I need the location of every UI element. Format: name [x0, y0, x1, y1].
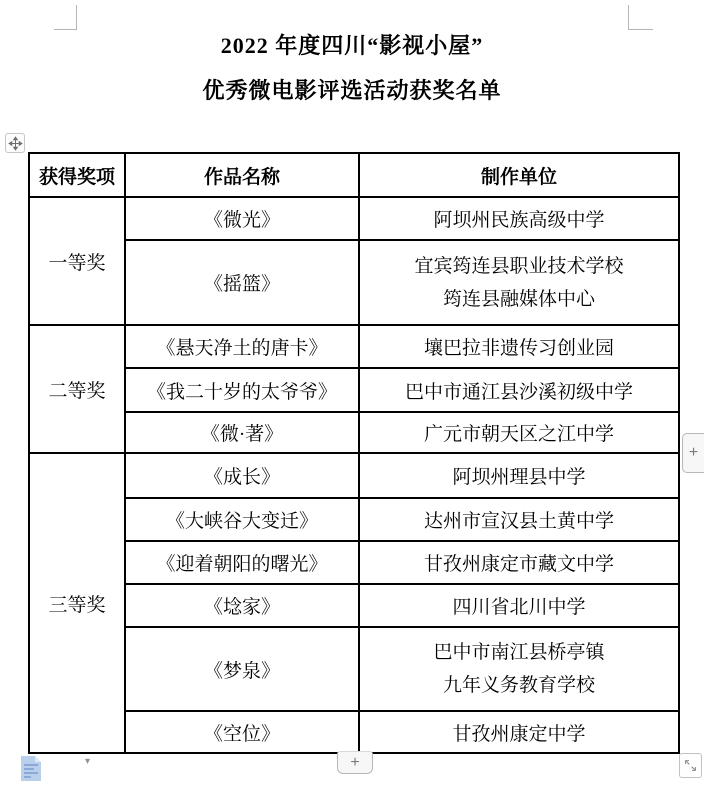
table-row: 一等奖 《微光》 阿坝州民族高级中学: [29, 197, 679, 240]
work-cell[interactable]: 《悬天净土的唐卡》: [125, 325, 359, 368]
producer-cell[interactable]: 广元市朝天区之江中学: [359, 412, 679, 453]
dropdown-arrow[interactable]: ▾: [85, 757, 90, 767]
producer-line: 九年义务教育学校: [360, 669, 678, 702]
table-row: 《空位》 甘孜州康定中学: [29, 711, 679, 753]
table-row: 《摇篮》 宜宾筠连县职业技术学校 筠连县融媒体中心: [29, 240, 679, 325]
table-row: 三等奖 《成长》 阿坝州理县中学: [29, 453, 679, 498]
producer-cell[interactable]: 巴中市通江县沙溪初级中学: [359, 368, 679, 412]
table-header-row: 获得奖项 作品名称 制作单位: [29, 153, 679, 197]
table-row: 《我二十岁的太爷爷》 巴中市通江县沙溪初级中学: [29, 368, 679, 412]
work-cell[interactable]: 《迎着朝阳的曙光》: [125, 541, 359, 584]
work-cell[interactable]: 《成长》: [125, 453, 359, 498]
work-cell[interactable]: 《埝家》: [125, 584, 359, 627]
document-tool-button[interactable]: [19, 755, 43, 782]
awards-table: 获得奖项 作品名称 制作单位 一等奖 《微光》 阿坝州民族高级中学 《摇篮》 宜…: [28, 152, 680, 754]
table-row: 《迎着朝阳的曙光》 甘孜州康定市藏文中学: [29, 541, 679, 584]
producer-cell[interactable]: 甘孜州康定市藏文中学: [359, 541, 679, 584]
producer-cell[interactable]: 阿坝州理县中学: [359, 453, 679, 498]
move-icon: [8, 136, 23, 151]
table-resize-handle[interactable]: [679, 753, 702, 778]
producer-cell[interactable]: 四川省北川中学: [359, 584, 679, 627]
table-move-handle[interactable]: [5, 133, 25, 153]
work-cell[interactable]: 《我二十岁的太爷爷》: [125, 368, 359, 412]
document-title: 2022 年度四川“影视小屋” 优秀微电影评选活动获奖名单: [0, 23, 704, 113]
document-title-line1: 2022 年度四川“影视小屋”: [0, 23, 704, 68]
award-cell[interactable]: 二等奖: [29, 325, 125, 453]
work-cell[interactable]: 《摇篮》: [125, 240, 359, 325]
document-title-line2: 优秀微电影评选活动获奖名单: [0, 68, 704, 113]
work-cell[interactable]: 《大峡谷大变迁》: [125, 498, 359, 541]
plus-button-right[interactable]: +: [682, 433, 704, 473]
work-cell[interactable]: 《微光》: [125, 197, 359, 240]
producer-cell[interactable]: 甘孜州康定中学: [359, 711, 679, 753]
document-page: 2022 年度四川“影视小屋” 优秀微电影评选活动获奖名单 获得奖项 作品名称: [0, 0, 704, 790]
table-row: 《梦泉》 巴中市南江县桥亭镇 九年义务教育学校: [29, 627, 679, 711]
resize-diagonal-icon: [683, 758, 698, 773]
table-row: 《大峡谷大变迁》 达州市宣汉县土黄中学: [29, 498, 679, 541]
plus-icon: +: [689, 444, 698, 462]
award-cell[interactable]: 一等奖: [29, 197, 125, 325]
award-cell[interactable]: 三等奖: [29, 453, 125, 753]
table-row: 《埝家》 四川省北川中学: [29, 584, 679, 627]
producer-line: 筠连县融媒体中心: [360, 283, 678, 316]
producer-cell[interactable]: 阿坝州民族高级中学: [359, 197, 679, 240]
header-work[interactable]: 作品名称: [125, 153, 359, 197]
document-icon: [19, 755, 43, 782]
table-row: 二等奖 《悬天净土的唐卡》 壤巴拉非遗传习创业园: [29, 325, 679, 368]
header-producer[interactable]: 制作单位: [359, 153, 679, 197]
work-cell[interactable]: 《梦泉》: [125, 627, 359, 711]
header-award[interactable]: 获得奖项: [29, 153, 125, 197]
table-row: 《微·著》 广元市朝天区之江中学: [29, 412, 679, 453]
producer-cell[interactable]: 达州市宣汉县土黄中学: [359, 498, 679, 541]
producer-cell[interactable]: 巴中市南江县桥亭镇 九年义务教育学校: [359, 627, 679, 711]
plus-icon: +: [350, 754, 359, 772]
producer-line: 宜宾筠连县职业技术学校: [360, 250, 678, 283]
producer-line: 巴中市南江县桥亭镇: [360, 636, 678, 669]
work-cell[interactable]: 《微·著》: [125, 412, 359, 453]
producer-cell[interactable]: 壤巴拉非遗传习创业园: [359, 325, 679, 368]
producer-cell[interactable]: 宜宾筠连县职业技术学校 筠连县融媒体中心: [359, 240, 679, 325]
work-cell[interactable]: 《空位》: [125, 711, 359, 753]
plus-button-bottom[interactable]: +: [337, 751, 373, 774]
